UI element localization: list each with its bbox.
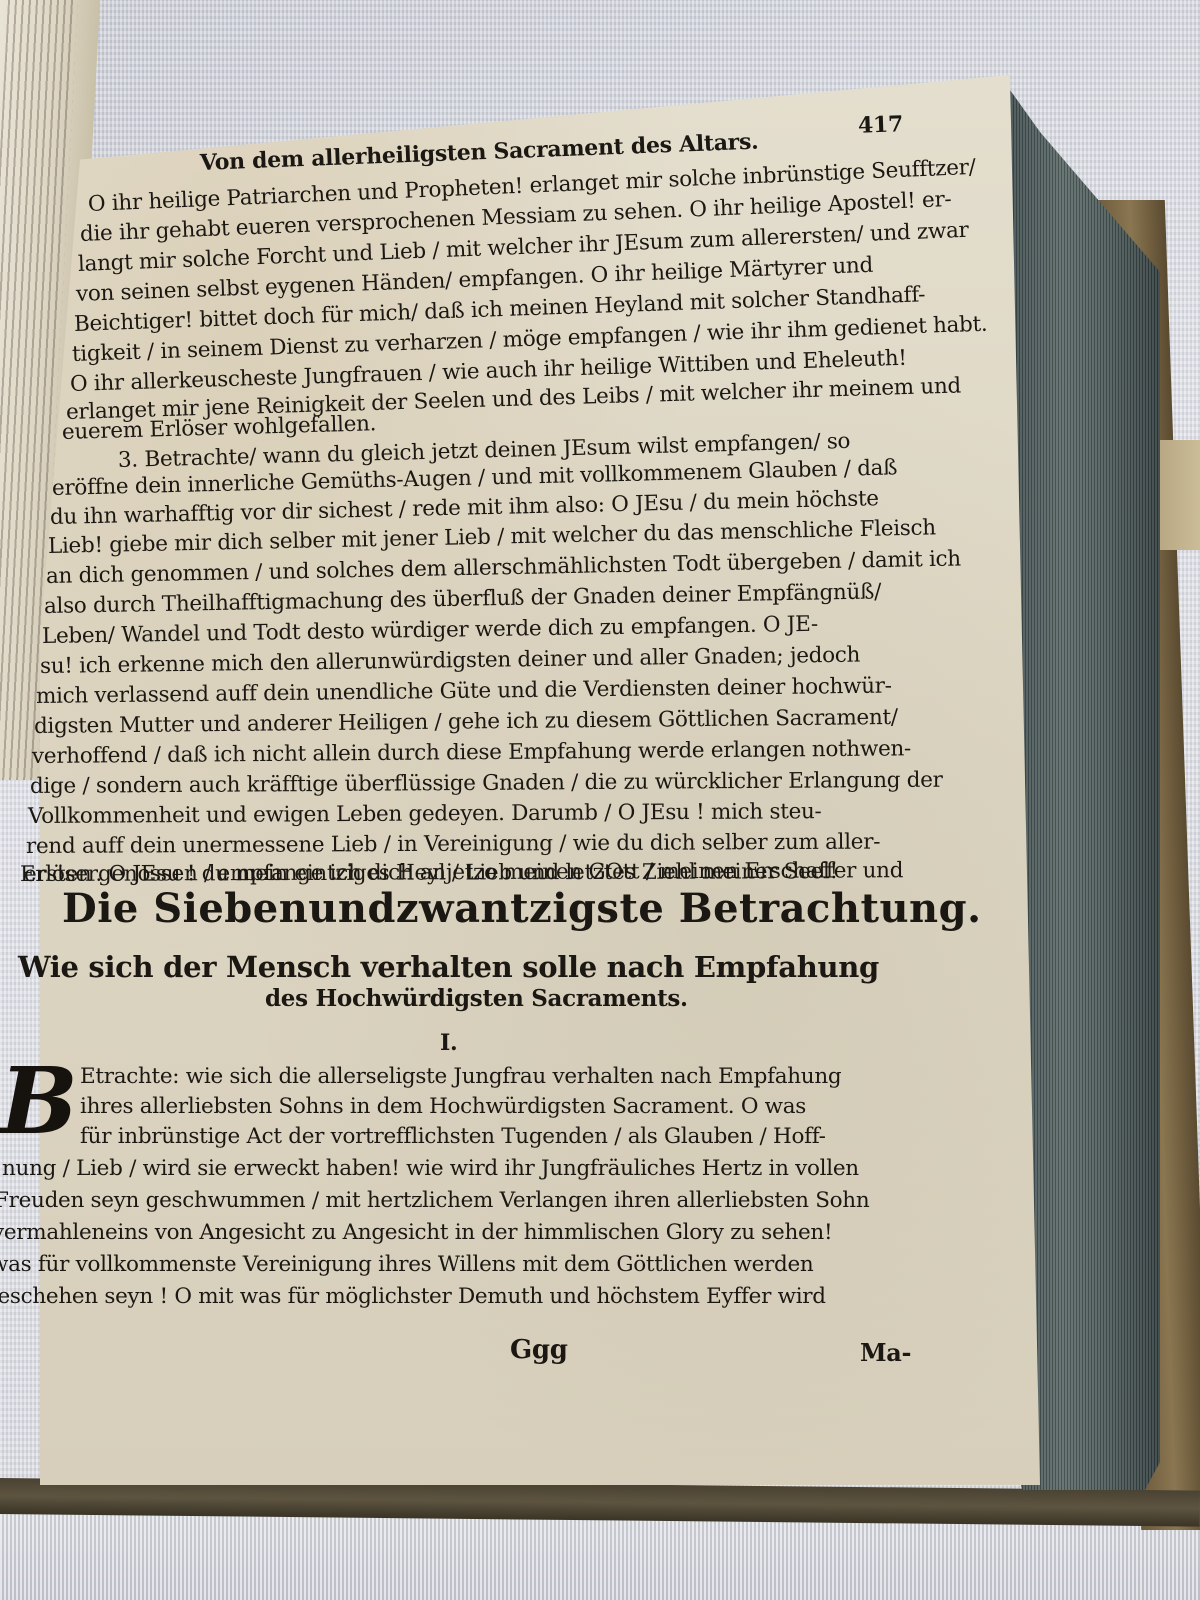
body-line: Erlöser. O JEsu ! du mein eintziges Heyl… xyxy=(20,859,838,887)
section-line: nung / Lieb / wird sie erweckt haben! wi… xyxy=(2,1156,859,1181)
chapter-subtitle: Wie sich der Mensch verhalten solle nach… xyxy=(18,950,879,984)
body-line: Vollkommenheit und ewigen Leben gedeyen.… xyxy=(28,799,822,829)
section-line: vermahleneins von Angesicht zu Angesicht… xyxy=(0,1220,832,1245)
signature-mark: Ggg xyxy=(510,1335,568,1365)
body-line: rend auff dein unermessene Lieb / in Ver… xyxy=(26,830,880,859)
chapter-subtitle-continued: des Hochwürdigsten Sacraments. xyxy=(265,985,688,1012)
chapter-title: Die Siebenundzwantzigste Betrachtung. xyxy=(62,885,982,932)
section-line: was für vollkommenste Vereinigung ihres … xyxy=(0,1252,813,1277)
section-number: I. xyxy=(440,1030,457,1056)
page-number: 417 xyxy=(858,111,904,139)
section-line: ihres allerliebsten Sohns in dem Hochwür… xyxy=(80,1094,806,1119)
section-line: für inbrünstige Act der vortrefflichsten… xyxy=(80,1124,826,1149)
section-line: geschehen seyn ! O mit was für möglichst… xyxy=(0,1284,826,1309)
section-line: Etrachte: wie sich die allerseligste Jun… xyxy=(80,1064,841,1089)
section-line: Freuden seyn geschwummen / mit hertzlich… xyxy=(0,1188,869,1213)
drop-cap-initial: B xyxy=(0,1055,76,1147)
catchword: Ma- xyxy=(860,1338,911,1367)
